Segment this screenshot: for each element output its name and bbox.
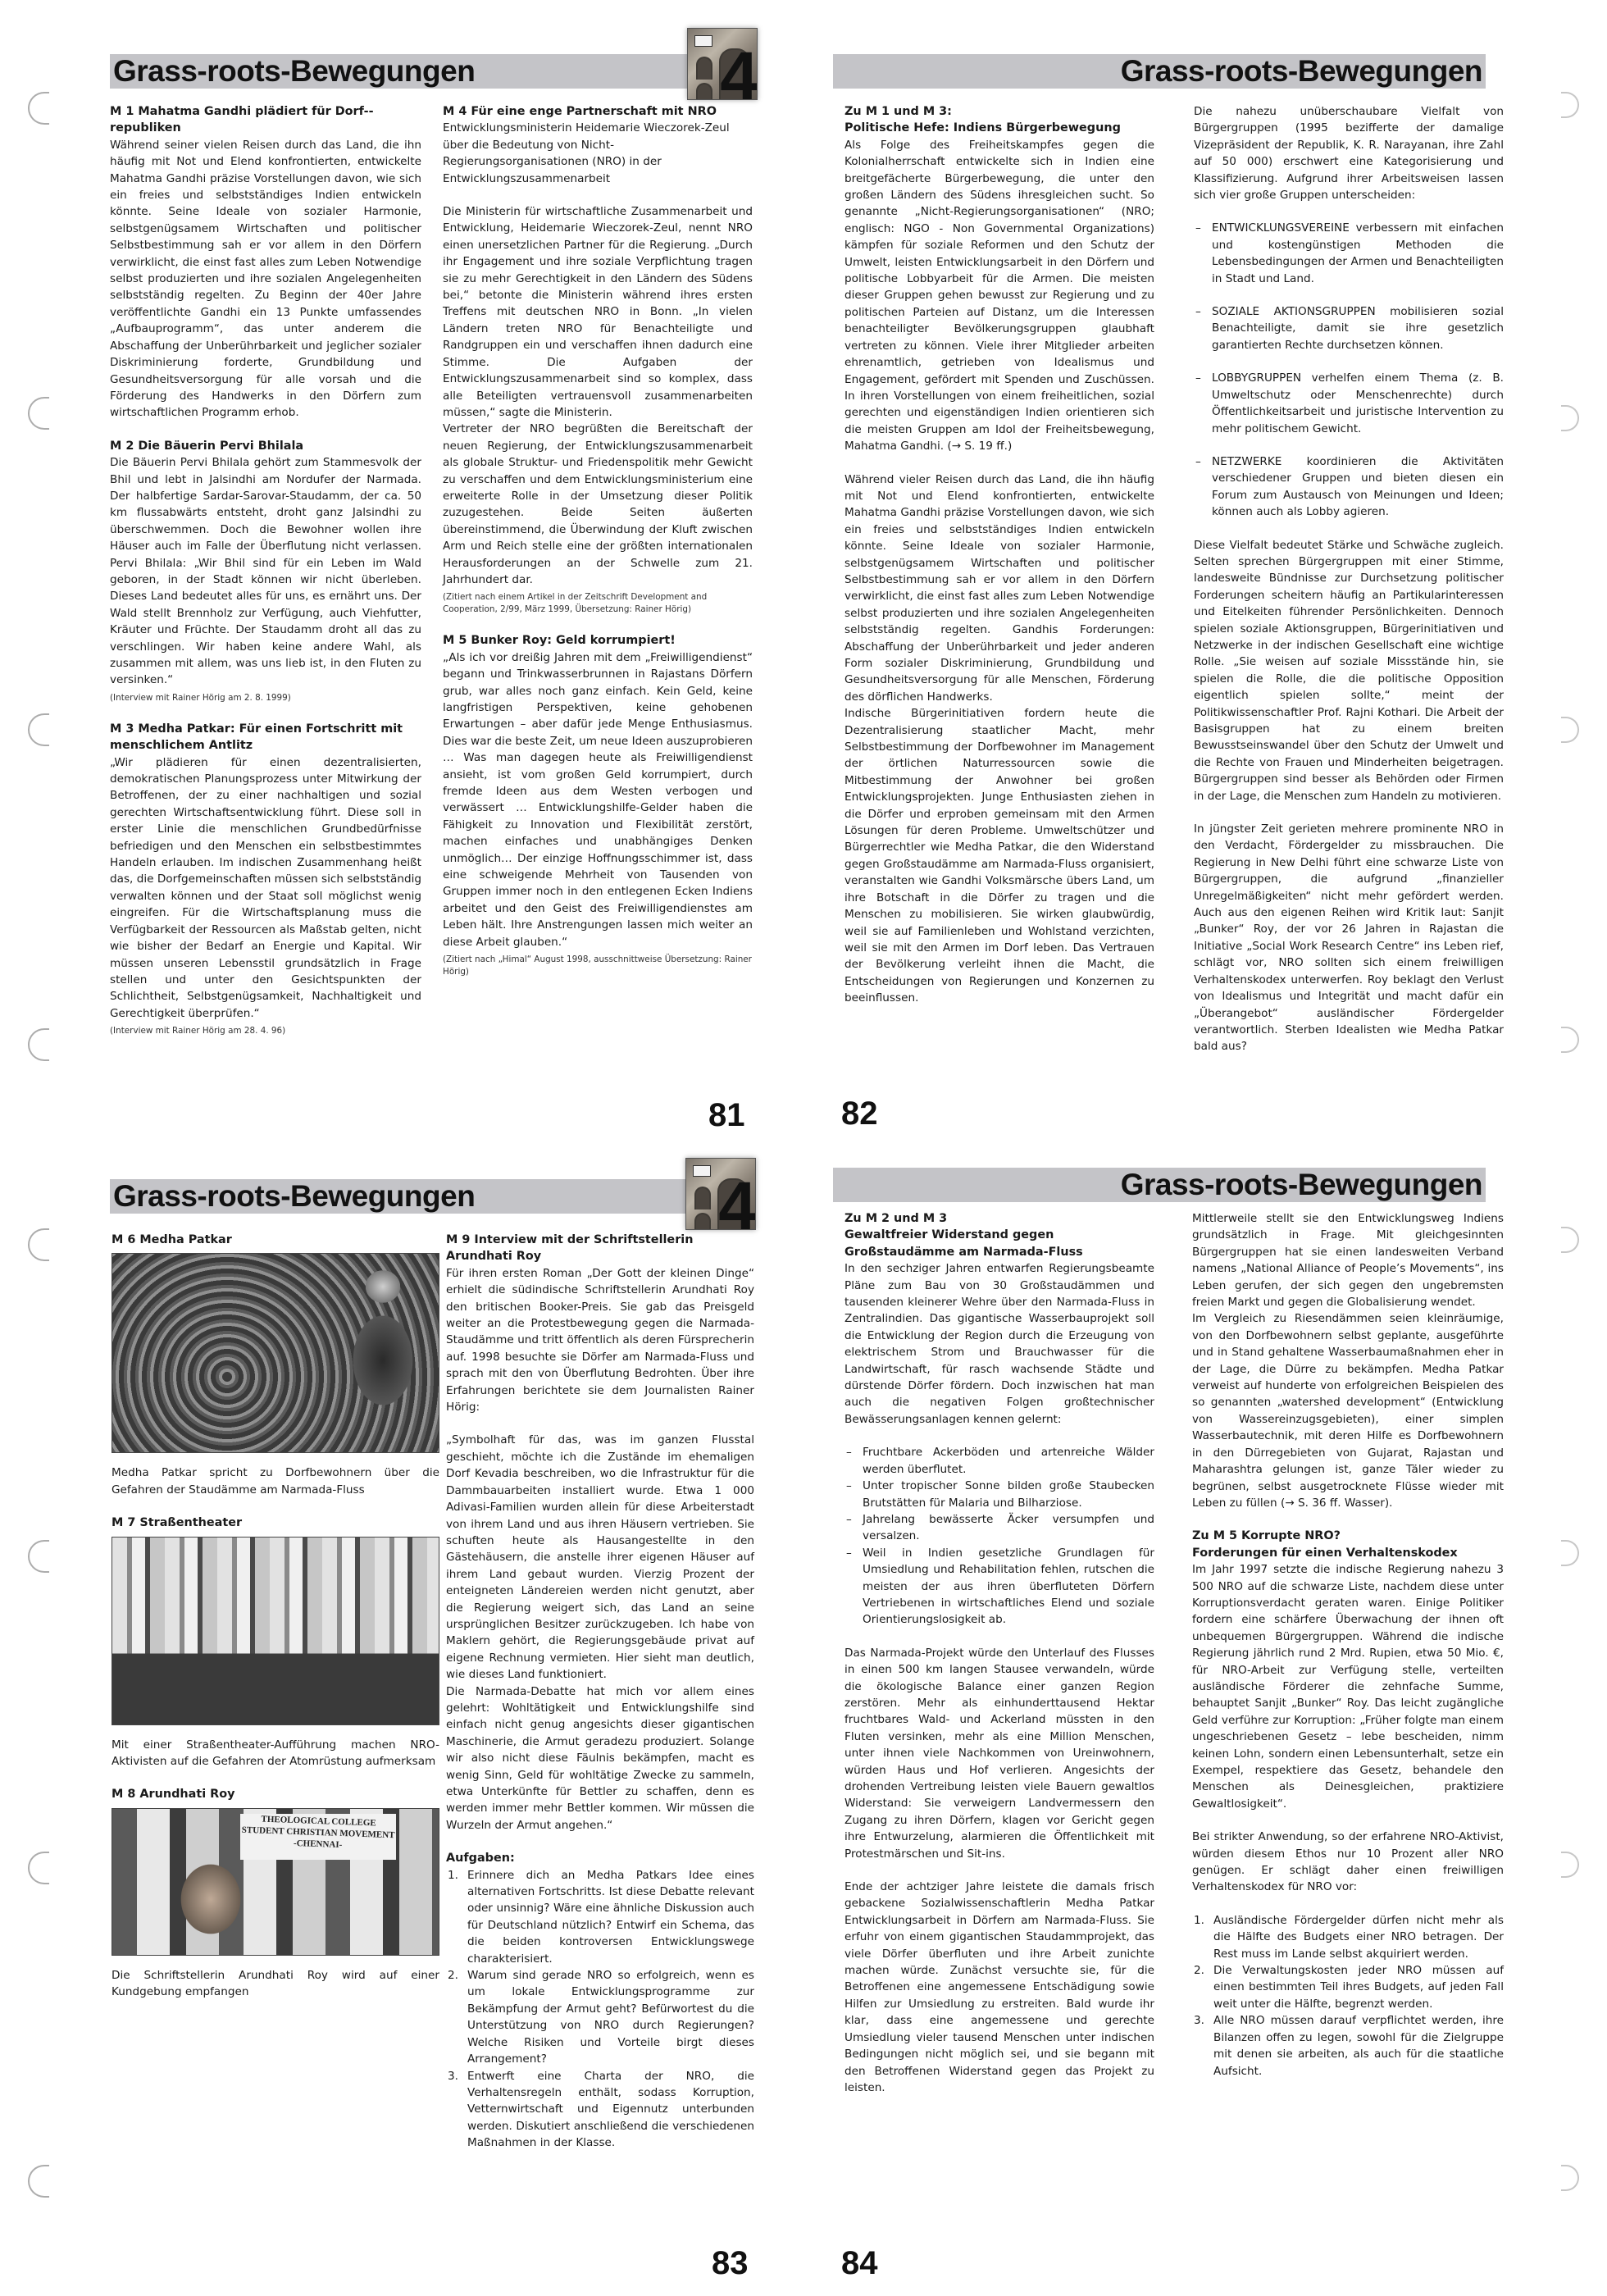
punch-hole [28,92,49,125]
punch-hole [28,1852,49,1884]
m3-body: „Wir plädieren für einen dezentralisiert… [110,754,421,1023]
m8-heading: M 8 Arundhati Roy [112,1786,439,1802]
page-title-bar: Grass-roots-Bewegungen [833,54,1486,89]
photo-street-theatre [112,1537,439,1725]
page-number: 81 [708,1097,745,1134]
column-right: M 9 Interview mit der Schriftstellerin A… [446,1232,754,2152]
right-body-1: Mittlerweile stellt sie den Entwicklungs… [1192,1210,1504,1310]
page-title: Grass-roots-Bewegungen [113,1179,700,1214]
section-body-2: Während vieler Reisen durch das Land, di… [844,471,1154,706]
list-item: Unter tropischer Sonne bilden große Stau… [844,1478,1154,1511]
page-82: Grass-roots-Bewegungen Zu M 1 und M 3: P… [803,0,1607,1148]
page-title-bar: Grass-roots-Bewegungen [110,1179,700,1214]
punch-hole [28,1540,49,1573]
chapter-badge: 4 [685,1158,756,1230]
arch-icon [696,57,712,80]
column-left: M 1 Mahatma Gandhi plädiert für Dorf-­re… [110,103,421,1037]
punch-hole [1561,2165,1579,2191]
code-item: 1.Ausländische Fördergelder dürfen nicht… [1192,1912,1504,1962]
column-left: Zu M 1 und M 3: Politische Hefe: Indiens… [844,103,1154,1007]
chapter-number: 4 [720,42,758,100]
column-left: Zu M 2 und M 3 Gewaltfreier Widerstand g… [844,1210,1154,2096]
m9-quote-2: Die Narmada-Debatte hat mich vor allem e… [446,1683,754,1834]
punch-hole [1561,1227,1579,1253]
m6-caption: Medha Patkar spricht zu Dorfbewohnern üb… [112,1465,439,1498]
m4-intro: Entwicklungsministerin Heidemarie Wieczo… [443,120,753,187]
m5-heading: M 5 Bunker Roy: Geld korrumpiert! [443,632,753,649]
code-list: 1.Ausländische Fördergelder dürfen nicht… [1192,1912,1504,2080]
section-body-2: Das Narmada-Projekt würde den Unterlauf … [844,1645,1154,1862]
punch-hole [28,397,49,430]
code-item: 3.Alle NRO müssen darauf verpflichtet we… [1192,2012,1504,2080]
page-number: 84 [841,2245,878,2282]
punch-hole [28,2165,49,2198]
page-84: Grass-roots-Bewegungen Zu M 2 und M 3 Ge… [803,1148,1607,2296]
right-body-2: Im Vergleich zu Riesendämmen seien klein… [1192,1310,1504,1511]
punch-hole [1561,1027,1579,1053]
page-title-bar: Grass-roots-Bewegungen [110,54,700,89]
arch-icon [694,1213,711,1230]
m7-caption: Mit einer Straßentheater-Aufführung mach… [112,1737,439,1770]
list-item: LOBBYGRUPPEN verhelfen einem Thema (z. B… [1194,370,1504,437]
banner-text: THEOLOGICAL COLLEGE STUDENT CHRISTIAN MO… [239,1810,397,1863]
code-item: 2.Die Verwaltungskosten jeder NRO müssen… [1192,1962,1504,2012]
section-body-3: Indische Bürgerinitiativen fordern heute… [844,705,1154,1006]
m2-heading: M 2 Die Bäuerin Pervi Bhilala [110,438,421,454]
punch-hole [1561,717,1579,743]
page-title: Grass-roots-Bewegungen [833,54,1482,89]
arch-icon [696,83,712,100]
list-item: Weil in Indien gesetzliche Grundlagen fü… [844,1545,1154,1629]
list-item: Fruchtbare Ackerböden und artenreiche Wä… [844,1444,1154,1478]
m2-source: (Interview mit Rainer Hörig am 2. 8. 199… [110,692,421,704]
section-body-1: Als Folge des Freiheitskampfes gegen die… [844,137,1154,455]
photo-arundhati-roy: THEOLOGICAL COLLEGE STUDENT CHRISTIAN MO… [112,1808,439,1956]
groups-intro: Die nahezu unüberschaubare Vielfalt von … [1194,103,1504,203]
chapter-number: 4 [718,1172,756,1230]
task-item: 1.Erinnere dich an Medha Patkars Idee ei… [446,1867,754,1967]
page-81: Grass-roots-Bewegungen 4 M 1 Mahatma Gan… [0,0,803,1148]
m4-heading: M 4 Für eine enge Partnerschaft mit NRO [443,103,753,120]
m7-heading: M 7 Straßentheater [112,1515,439,1531]
photo-medha-patkar [112,1253,439,1453]
punch-hole [1561,405,1579,431]
m5-heading-2: Forderungen für einen Verhaltenskodex [1192,1545,1504,1561]
tasks-heading: Aufgaben: [446,1850,754,1866]
task-item: 3.Entwerft eine Charta der NRO, die Verh… [446,2068,754,2152]
m4-source: (Zitiert nach einem Artikel in der Zeits… [443,591,753,616]
page-title: Grass-roots-Bewegungen [113,54,700,89]
m9-intro: Für ihren ersten Roman „Der Gott der kle… [446,1265,754,1416]
m8-caption: Die Schriftstellerin Arundhati Roy wird … [112,1967,439,2001]
page-number: 82 [841,1096,878,1132]
page-83: Grass-roots-Bewegungen 4 M 6 Medha Patka… [0,1148,803,2296]
list-item: SOZIALE AKTIONSGRUPPEN mobilisieren sozi… [1194,303,1504,353]
section-heading-1: Zu M 2 und M 3 [844,1210,1154,1227]
column-right: Die nahezu unüberschaubare Vielfalt von … [1194,103,1504,1055]
consequences-list: Fruchtbare Ackerböden und artenreiche Wä… [844,1444,1154,1628]
tasks-list: 1.Erinnere dich an Medha Patkars Idee ei… [446,1867,754,2152]
section-heading-1: Zu M 1 und M 3: [844,103,1154,120]
m4-body-1: Die Ministerin für wirtschaftliche Zusam… [443,203,753,421]
punch-hole [1561,92,1579,118]
list-item: NETZWERKE koordinieren die Aktivitäten v… [1194,453,1504,521]
arch-icon [694,1187,711,1209]
punch-hole [1561,1540,1579,1566]
group-list: ENTWICKLUNGSVEREINE verbessern mit einfa… [1194,220,1504,520]
m6-heading: M 6 Medha Patkar [112,1232,439,1248]
publisher-logo-icon [694,35,712,47]
section-heading-2: Politische Hefe: Indiens Bürgerbewegung [844,120,1154,136]
chapter-badge: 4 [687,28,758,100]
m5-body: „Als ich vor dreißig Jahren mit dem „Fre… [443,649,753,950]
m9-heading: M 9 Interview mit der Schriftstellerin A… [446,1232,754,1265]
column-right: Mittlerweile stellt sie den Entwicklungs… [1192,1210,1504,2080]
section-heading-2: Gewaltfreier Widerstand gegen [844,1227,1154,1243]
list-item: ENTWICKLUNGSVEREINE verbessern mit einfa… [1194,220,1504,287]
publisher-logo-icon [693,1165,711,1177]
punch-hole [28,1228,49,1261]
punch-hole [28,1028,49,1061]
right-body-2: In jüngster Zeit gerieten mehrere promin… [1194,821,1504,1055]
m5-source: (Zitiert nach „Himal“ August 1998, aussc… [443,954,753,978]
punch-hole [1561,1852,1579,1878]
photo-column: M 6 Medha Patkar Medha Patkar spricht zu… [112,1232,439,2001]
m2-body: Die Bäuerin Pervi Bhilala gehört zum Sta… [110,454,421,689]
m9-quote-1: „Symbolhaft für das, was im ganzen Fluss… [446,1432,754,1683]
page-number: 83 [712,2245,749,2282]
m1-heading: M 1 Mahatma Gandhi plädiert für Dorf-­re… [110,103,421,137]
m5-heading-1: Zu M 5 Korrupte NRO? [1192,1528,1504,1544]
right-body-3: Im Jahr 1997 setzte die indische Regieru… [1192,1561,1504,1812]
page-title-bar: Grass-roots-Bewegungen [833,1168,1486,1202]
task-item: 2.Warum sind gerade NRO so erfolgreich, … [446,1967,754,2067]
page-title: Grass-roots-Bewegungen [833,1168,1482,1202]
m3-source: (Interview mit Rainer Hörig am 28. 4. 96… [110,1025,421,1037]
punch-hole [28,713,49,746]
right-body-4: Bei strikter Anwendung, so der erfahrene… [1192,1829,1504,1896]
column-right: M 4 Für eine enge Partnerschaft mit NRO … [443,103,753,978]
right-body-1: Diese Vielfalt bedeutet Stärke und Schwä… [1194,537,1504,805]
m3-heading: M 3 Medha Patkar: Für einen Fortschritt … [110,721,421,754]
m1-body: Während seiner vielen Reisen durch das L… [110,137,421,421]
section-body-3: Ende der achtziger Jahre leistete die da… [844,1879,1154,2096]
section-heading-3: Großstaudämme am Narmada-Fluss [844,1244,1154,1260]
list-item: Jahrelang bewässerte Äcker versumpfen un… [844,1511,1154,1545]
m4-body-2: Vertreter der NRO begrüßten die Bereitsc… [443,421,753,588]
section-body-1: In den sechziger Jahren entwarfen Regier… [844,1260,1154,1428]
